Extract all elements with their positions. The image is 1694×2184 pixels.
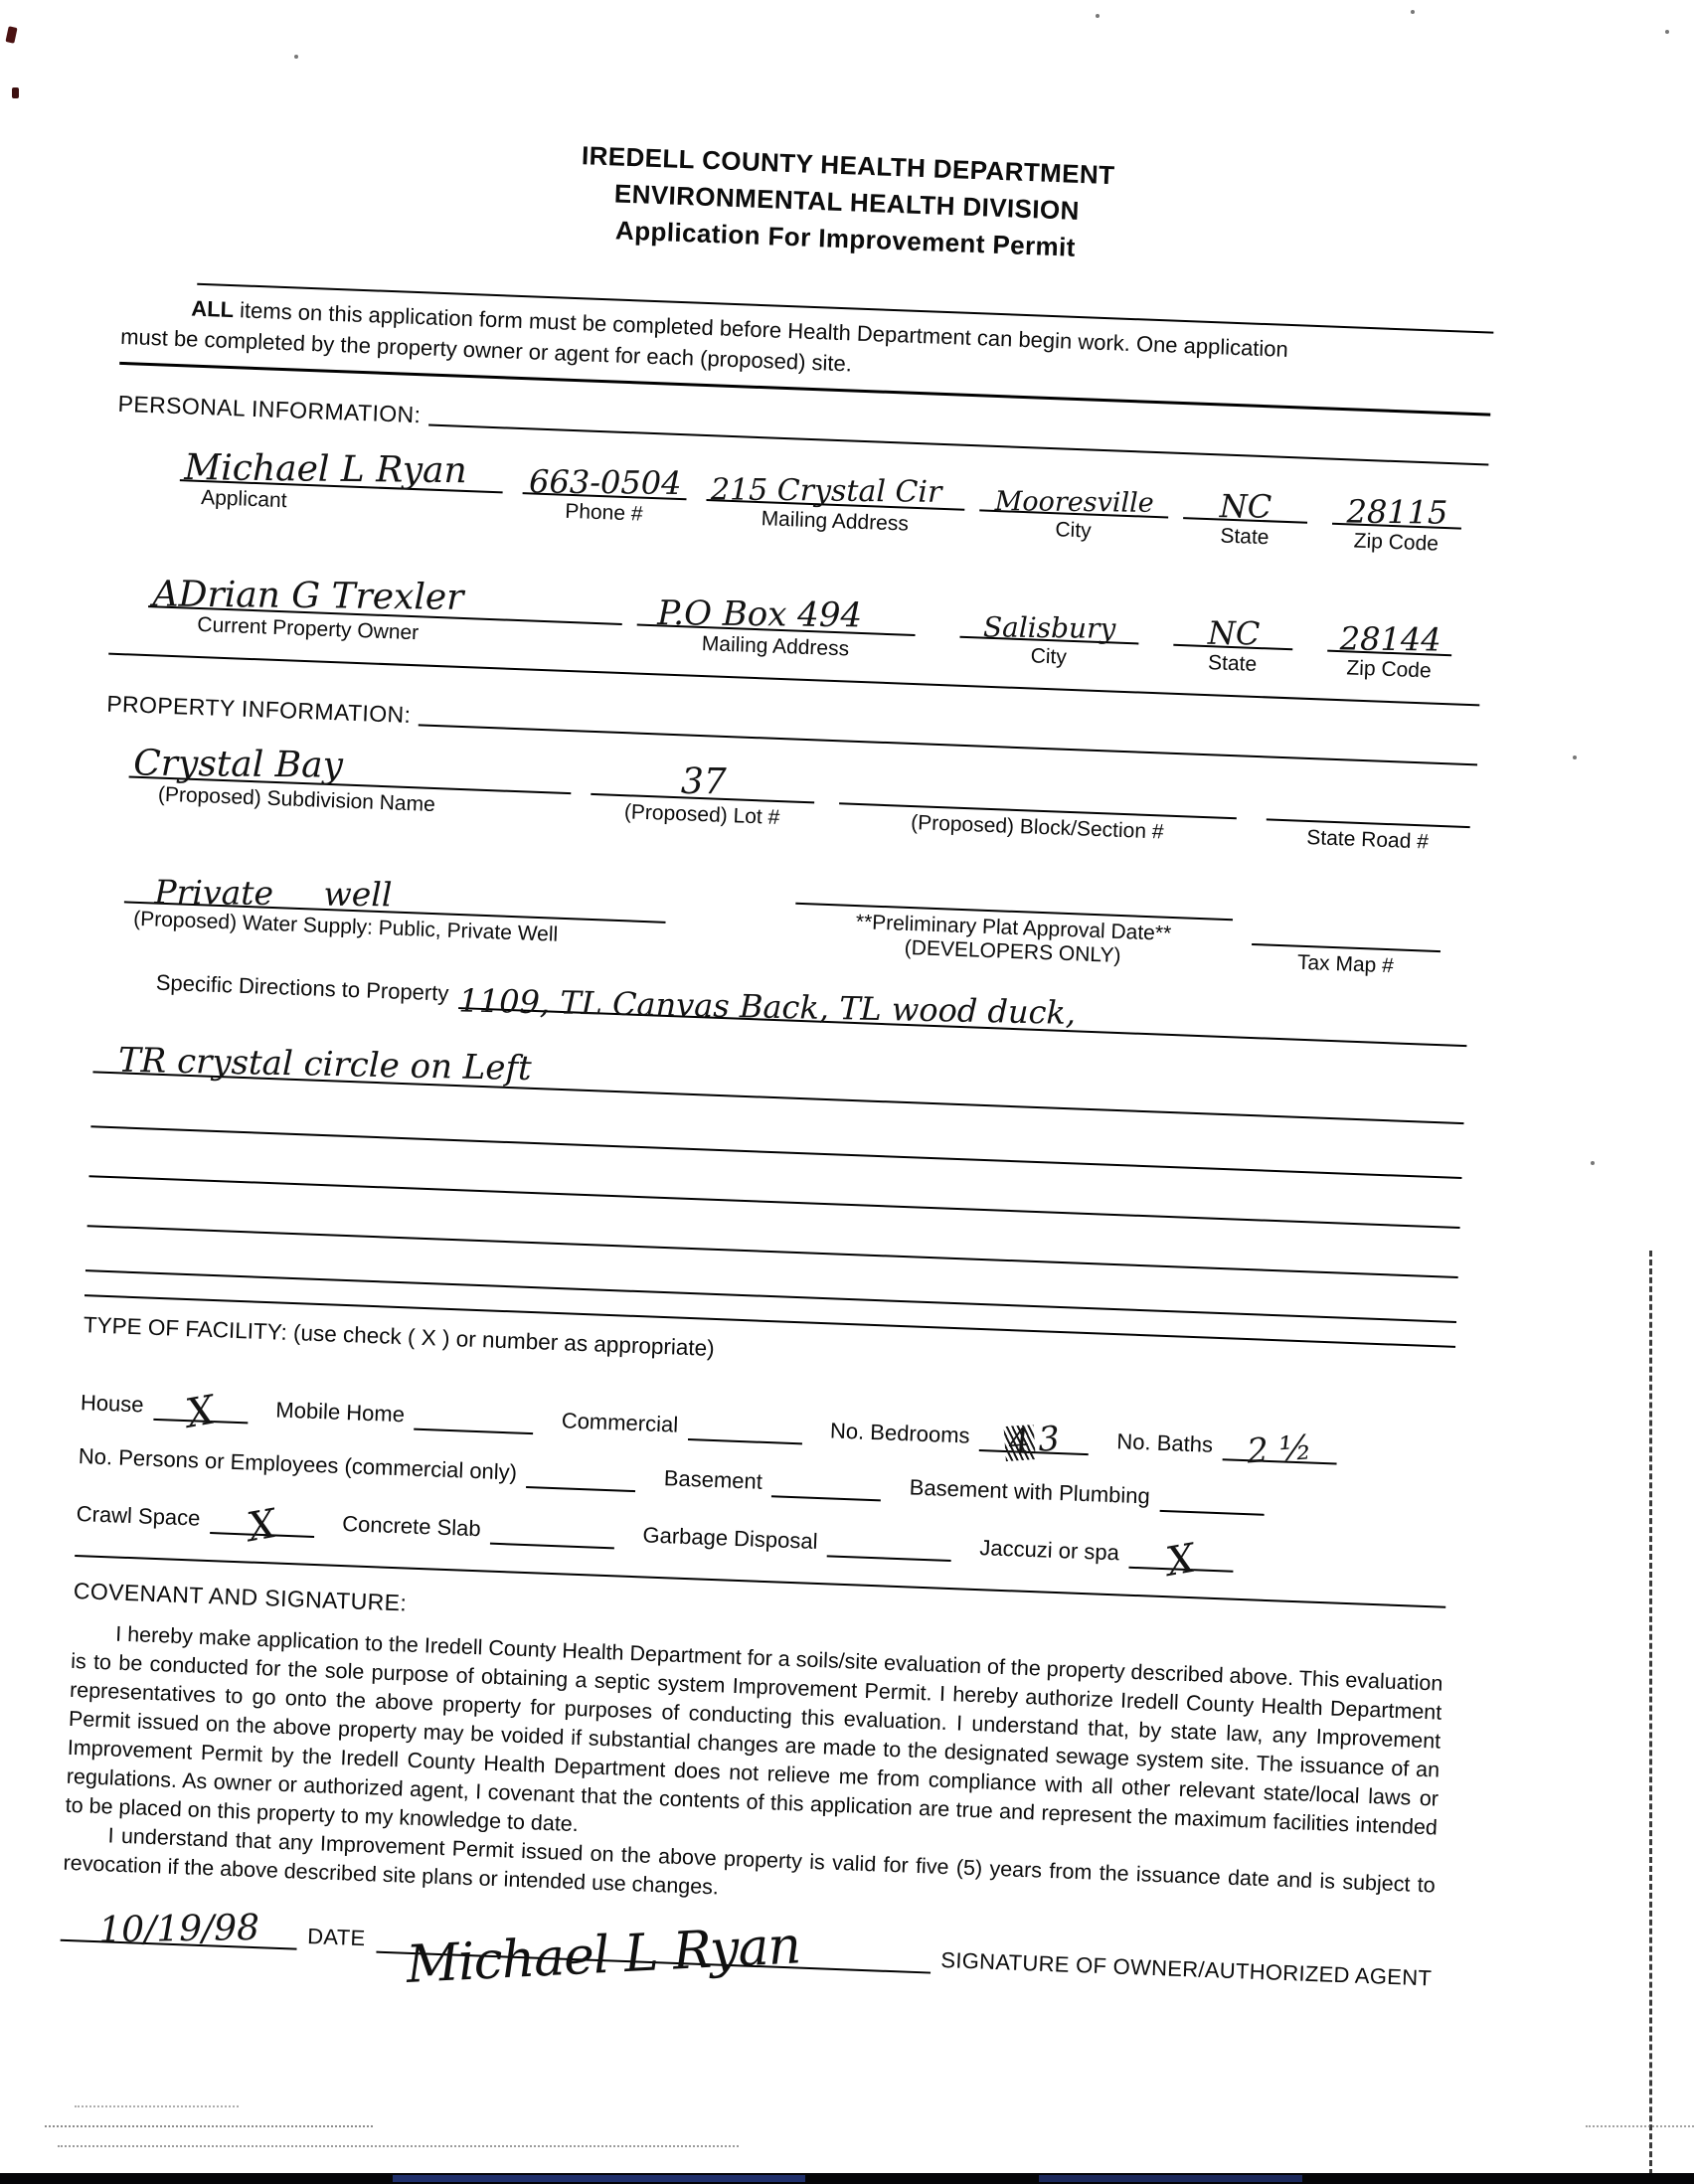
state-road-field: State Road #: [1266, 766, 1472, 856]
date-line: 10/19/98: [61, 1904, 298, 1950]
owner-value: ADrian G Trexler: [152, 577, 463, 616]
mobile-home-blank: [414, 1399, 534, 1434]
owner-line: ADrian G Trexler: [148, 554, 624, 625]
bedrooms-label: No. Bedrooms: [829, 1418, 970, 1450]
city-line: Mooresville: [979, 457, 1170, 518]
form-title: IREDELL COUNTY HEALTH DEPARTMENT ENVIRON…: [124, 120, 1499, 282]
baths-label: No. Baths: [1116, 1428, 1214, 1460]
scan-speck: [1591, 1161, 1595, 1165]
water-supply-value: Private well: [154, 876, 392, 912]
directions-value-2: TR crystal circle on Left: [93, 1043, 532, 1086]
blank-line: [85, 1269, 1456, 1323]
plat-approval-field: **Preliminary Plat Approval Date** (DEVE…: [793, 873, 1234, 972]
property-heading-text: PROPERTY INFORMATION:: [106, 691, 412, 729]
scan-bottom-bar: [0, 2173, 1694, 2184]
zip-line: 28115: [1332, 471, 1463, 530]
scan-speck: [1665, 30, 1669, 34]
persons-blank: [526, 1456, 636, 1492]
directions-label: Specific Directions to Property: [95, 967, 458, 1009]
tax-map-label: Tax Map #: [1251, 945, 1440, 980]
commercial-label: Commercial: [561, 1408, 678, 1439]
bedrooms-value: 4 3: [1008, 1422, 1061, 1458]
basement-blank: [771, 1465, 882, 1501]
water-supply-row: Private well (Proposed) Water Supply: Pu…: [98, 846, 1472, 981]
mailing-address-line: 215 Crystal Cir: [706, 447, 966, 511]
jacuzzi-check: X: [1164, 1539, 1199, 1583]
jacuzzi-label: Jaccuzi or spa: [979, 1535, 1120, 1568]
baths-blank: 2 ½: [1222, 1428, 1337, 1464]
state-field: NC State: [1182, 465, 1309, 552]
applicant-field: Michael L Ryan Applicant: [179, 427, 505, 521]
bedrooms-number: 3: [1037, 1422, 1061, 1456]
subdivision-field: Crystal Bay (Proposed) Subdivision Name: [128, 724, 574, 822]
state-value: NC: [1220, 490, 1272, 523]
directions-line-1: 1109, TL Canvas Back, TL wood duck,: [458, 975, 1468, 1047]
basement-plumbing-blank: [1159, 1480, 1265, 1516]
intro-bold: ALL: [191, 295, 235, 322]
scan-dotted-line: [1586, 2125, 1694, 2127]
block-section-field: (Proposed) Block/Section #: [838, 751, 1239, 847]
garbage-disposal-blank: [827, 1525, 952, 1562]
scan-speck: [294, 55, 298, 59]
house-label: House: [80, 1390, 144, 1420]
bedrooms-crossed-out: 4: [1008, 1424, 1032, 1458]
phone-field: 663-0504 Phone #: [522, 440, 689, 528]
owner-zip-line: 28144: [1327, 598, 1453, 657]
baths-value: 2 ½: [1247, 1430, 1314, 1468]
date-value: 10/19/98: [98, 1911, 259, 1948]
date-label: DATE: [307, 1924, 366, 1952]
signature-label: SIGNATURE OF OWNER/AUTHORIZED AGENT: [940, 1947, 1433, 1993]
applicant-line: Michael L Ryan: [180, 427, 505, 493]
scan-speck: [1096, 14, 1100, 18]
scan-mark: [12, 87, 19, 98]
scan-speck: [1411, 10, 1415, 14]
signature-script: Michael L Ryan: [406, 1916, 802, 1995]
type-of-facility-heading: TYPE OF FACILITY: (use check ( X ) or nu…: [83, 1312, 1454, 1390]
jacuzzi-blank: X: [1128, 1537, 1234, 1573]
form-page: IREDELL COUNTY HEALTH DEPARTMENT ENVIRON…: [61, 104, 1500, 1992]
zip-field: 28115 Zip Code: [1331, 471, 1463, 558]
persons-label: No. Persons or Employees (commercial onl…: [78, 1443, 517, 1488]
phone-line: 663-0504: [523, 440, 689, 500]
directions-value-1: 1109, TL Canvas Back, TL wood duck,: [458, 984, 1076, 1028]
crawl-space-blank: X: [210, 1502, 315, 1538]
scan-speck: [1573, 756, 1577, 759]
bedrooms-blank: 4 3: [979, 1420, 1090, 1455]
directions-line-2: TR crystal circle on Left: [92, 1037, 1464, 1124]
water-supply-field: Private well (Proposed) Water Supply: Pu…: [123, 849, 668, 950]
owner-city-field: Salisbury City: [958, 585, 1140, 673]
lot-line: 37: [591, 742, 816, 803]
owner-city-value: Salisbury: [983, 613, 1116, 643]
owner-zip-field: 28144 Zip Code: [1326, 598, 1453, 685]
phone-value: 663-0504: [529, 465, 682, 499]
scan-mark: [5, 26, 17, 44]
owner-field: ADrian G Trexler Current Property Owner: [147, 554, 624, 653]
city-field: Mooresville City: [978, 457, 1170, 546]
subdivision-line: Crystal Bay: [129, 724, 574, 794]
lot-field: 37 (Proposed) Lot #: [590, 742, 816, 831]
blank-line: [90, 1125, 1461, 1179]
house-check: X: [183, 1390, 218, 1433]
signature-line: Michael L Ryan: [377, 1918, 932, 1974]
directions-row: Specific Directions to Property 1109, TL…: [95, 961, 1467, 1047]
mailing-address-field: 215 Crystal Cir Mailing Address: [705, 447, 966, 539]
applicant-value: Michael L Ryan: [184, 450, 467, 489]
concrete-slab-label: Concrete Slab: [342, 1511, 481, 1544]
scanned-permit-application: { "colors": { "ink": "#0c0c0c", "scan_ba…: [0, 0, 1694, 2184]
commercial-blank: [688, 1409, 803, 1444]
basement-label: Basement: [663, 1465, 762, 1497]
mailing-address-value: 215 Crystal Cir: [711, 475, 942, 508]
indent-spacer: [121, 313, 191, 316]
garbage-disposal-label: Garbage Disposal: [642, 1522, 818, 1557]
owner-state-value: NC: [1207, 617, 1260, 650]
scan-bottom-bar-tint: [393, 2175, 805, 2182]
zip-value: 28115: [1347, 496, 1448, 529]
owner-state-line: NC: [1173, 592, 1294, 650]
covenant-heading-text: COVENANT AND SIGNATURE:: [73, 1578, 407, 1617]
owner-row: ADrian G Trexler Current Property Owner …: [109, 553, 1483, 686]
mobile-home-label: Mobile Home: [275, 1397, 406, 1429]
subdivision-value: Crystal Bay: [133, 746, 343, 783]
city-value: Mooresville: [995, 488, 1154, 517]
scan-vertical-line: [1649, 1251, 1652, 2184]
owner-mailing-field: P.O Box 494 Mailing Address: [636, 573, 918, 664]
owner-mailing-line: P.O Box 494: [637, 573, 918, 636]
crawl-space-check: X: [245, 1504, 279, 1548]
basement-plumbing-label: Basement with Plumbing: [909, 1474, 1150, 1511]
state-road-line: [1267, 766, 1472, 828]
house-blank: X: [153, 1389, 249, 1425]
scan-dotted-line: [58, 2145, 739, 2147]
tax-map-field: Tax Map #: [1251, 914, 1441, 980]
covenant-paragraphs: I hereby make application to the Iredell…: [63, 1618, 1443, 1930]
blank-line: [87, 1225, 1458, 1278]
crawl-space-label: Crawl Space: [76, 1501, 201, 1534]
owner-state-field: NC State: [1172, 592, 1294, 678]
state-line: NC: [1183, 465, 1309, 524]
owner-city-line: Salisbury: [959, 585, 1140, 645]
blank-line: [88, 1175, 1459, 1229]
lot-value: 37: [680, 764, 726, 801]
scan-dotted-line: [75, 2105, 239, 2107]
concrete-slab-blank: [490, 1513, 615, 1550]
owner-zip-value: 28144: [1339, 622, 1440, 655]
scan-dotted-line: [45, 2125, 373, 2127]
owner-mailing-value: P.O Box 494: [657, 596, 862, 632]
personal-heading-text: PERSONAL INFORMATION:: [117, 391, 422, 428]
scan-bottom-bar-tint: [1039, 2175, 1302, 2182]
